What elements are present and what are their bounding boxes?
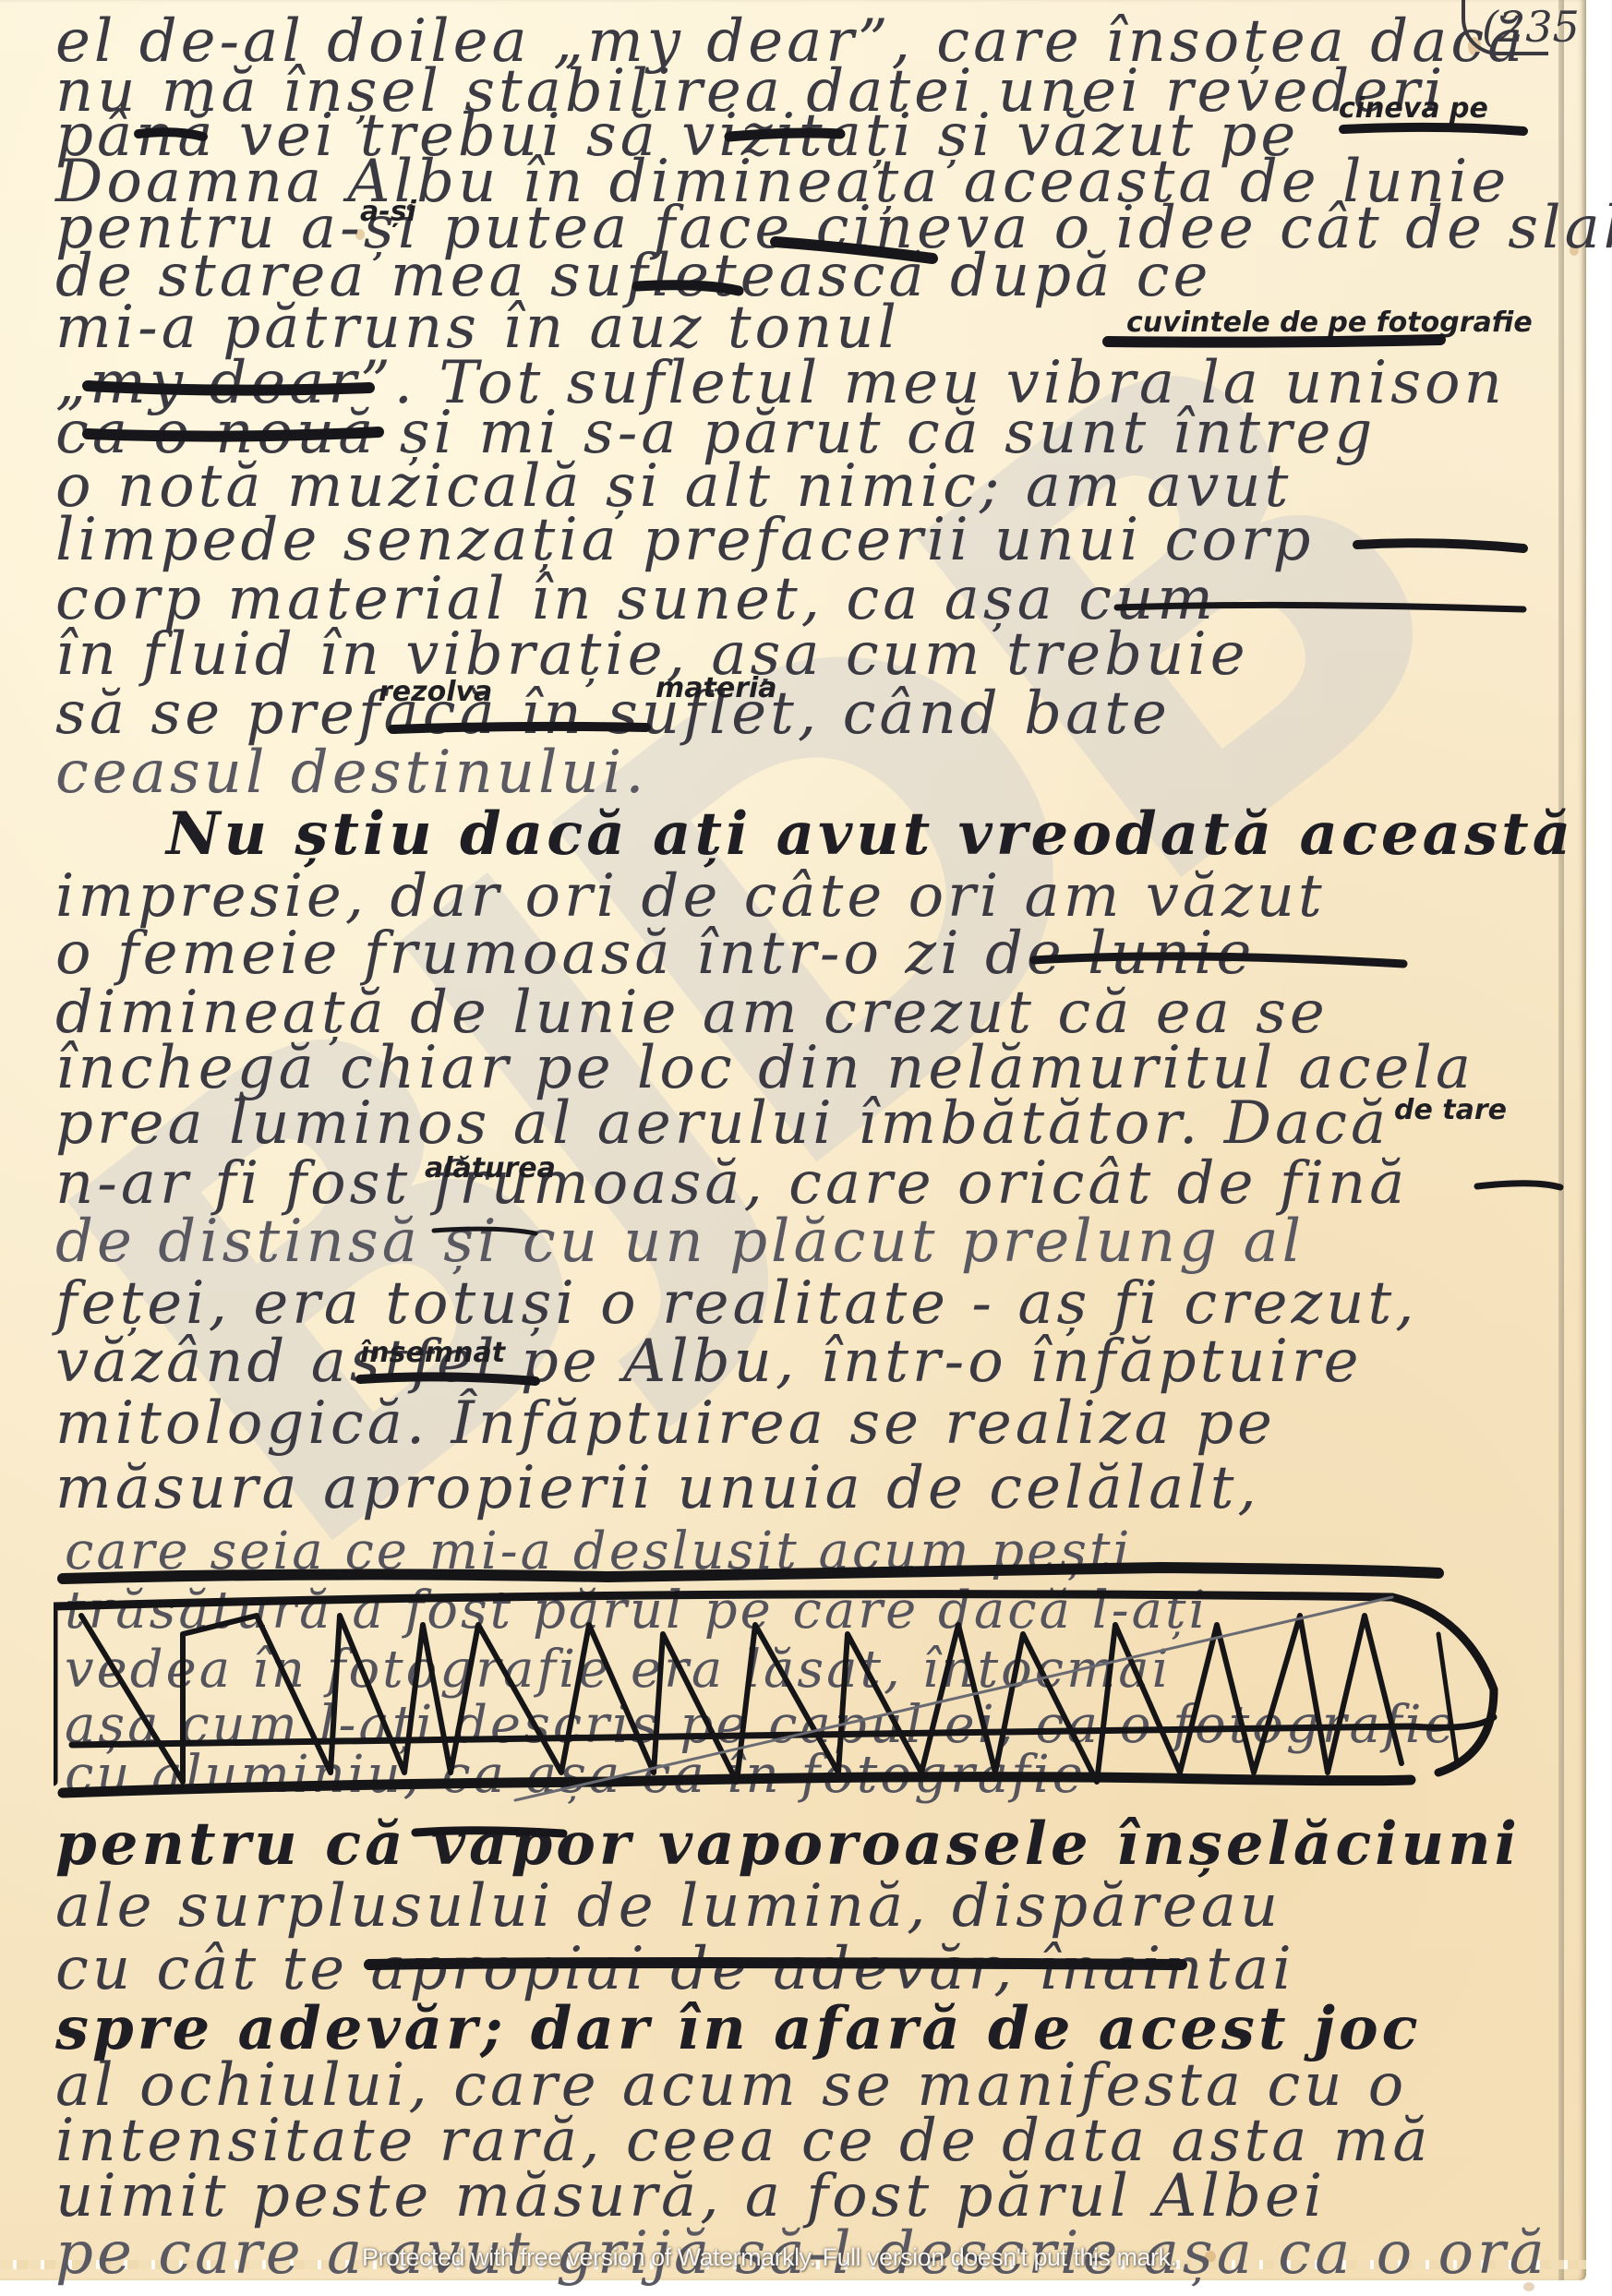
interlinear-insertion: cuvintele de pe fotografie (1126, 307, 1533, 339)
manuscript-line: ale surplusului de lumină, dispăreau (55, 1872, 1281, 1941)
manuscript-line: de distinsă și cu un plăcut prelung al (55, 1208, 1305, 1276)
paper-edge-right (1558, 0, 1564, 2280)
manuscript-line: mitologică. Înfăptuirea se realiza pe (55, 1389, 1276, 1458)
manuscript-line: cu cât te apropiai de adevăr, înaintai (55, 1935, 1295, 2003)
interlinear-insertion: alăturea (425, 1152, 556, 1184)
manuscript-line: ceasul destinului. (55, 739, 648, 807)
manuscript-line: Nu știu dacă ați avut vreodată această (166, 799, 1574, 869)
interlinear-insertion: cineva pe (1339, 92, 1488, 125)
manuscript-line: să se prefacă în suflet, când bate (55, 679, 1171, 748)
manuscript-line: văzând astfel pe Albu, într-o înfăptuire (55, 1328, 1362, 1396)
interlinear-insertion: a-și (360, 196, 416, 228)
interlinear-insertion: însemnat (360, 1337, 505, 1369)
interlinear-insertion: materia (656, 672, 777, 704)
watermarkly-notice: Protected with free version of Watermark… (362, 2243, 1177, 2272)
interlinear-insertion: de tare (1394, 1094, 1507, 1126)
manuscript-line: limpede senzația prefacerii unui corp (55, 506, 1314, 574)
manuscript-line: în fluid în vibrație, așa cum trebuie (55, 620, 1249, 689)
manuscript-line: pentru că vapor vaporoasele înșelăciuni (55, 1809, 1521, 1879)
interlinear-insertion: rezolva (379, 676, 492, 708)
manuscript-line: o femeie frumoasă într-o zi de lunie (55, 920, 1255, 988)
cancel-strokes (54, 1533, 1577, 1809)
manuscript-line: măsura apropierii unuia de celălalt, (55, 1454, 1260, 1522)
manuscript-line: prea luminos al aerului îmbătător. Dacă (55, 1089, 1389, 1158)
